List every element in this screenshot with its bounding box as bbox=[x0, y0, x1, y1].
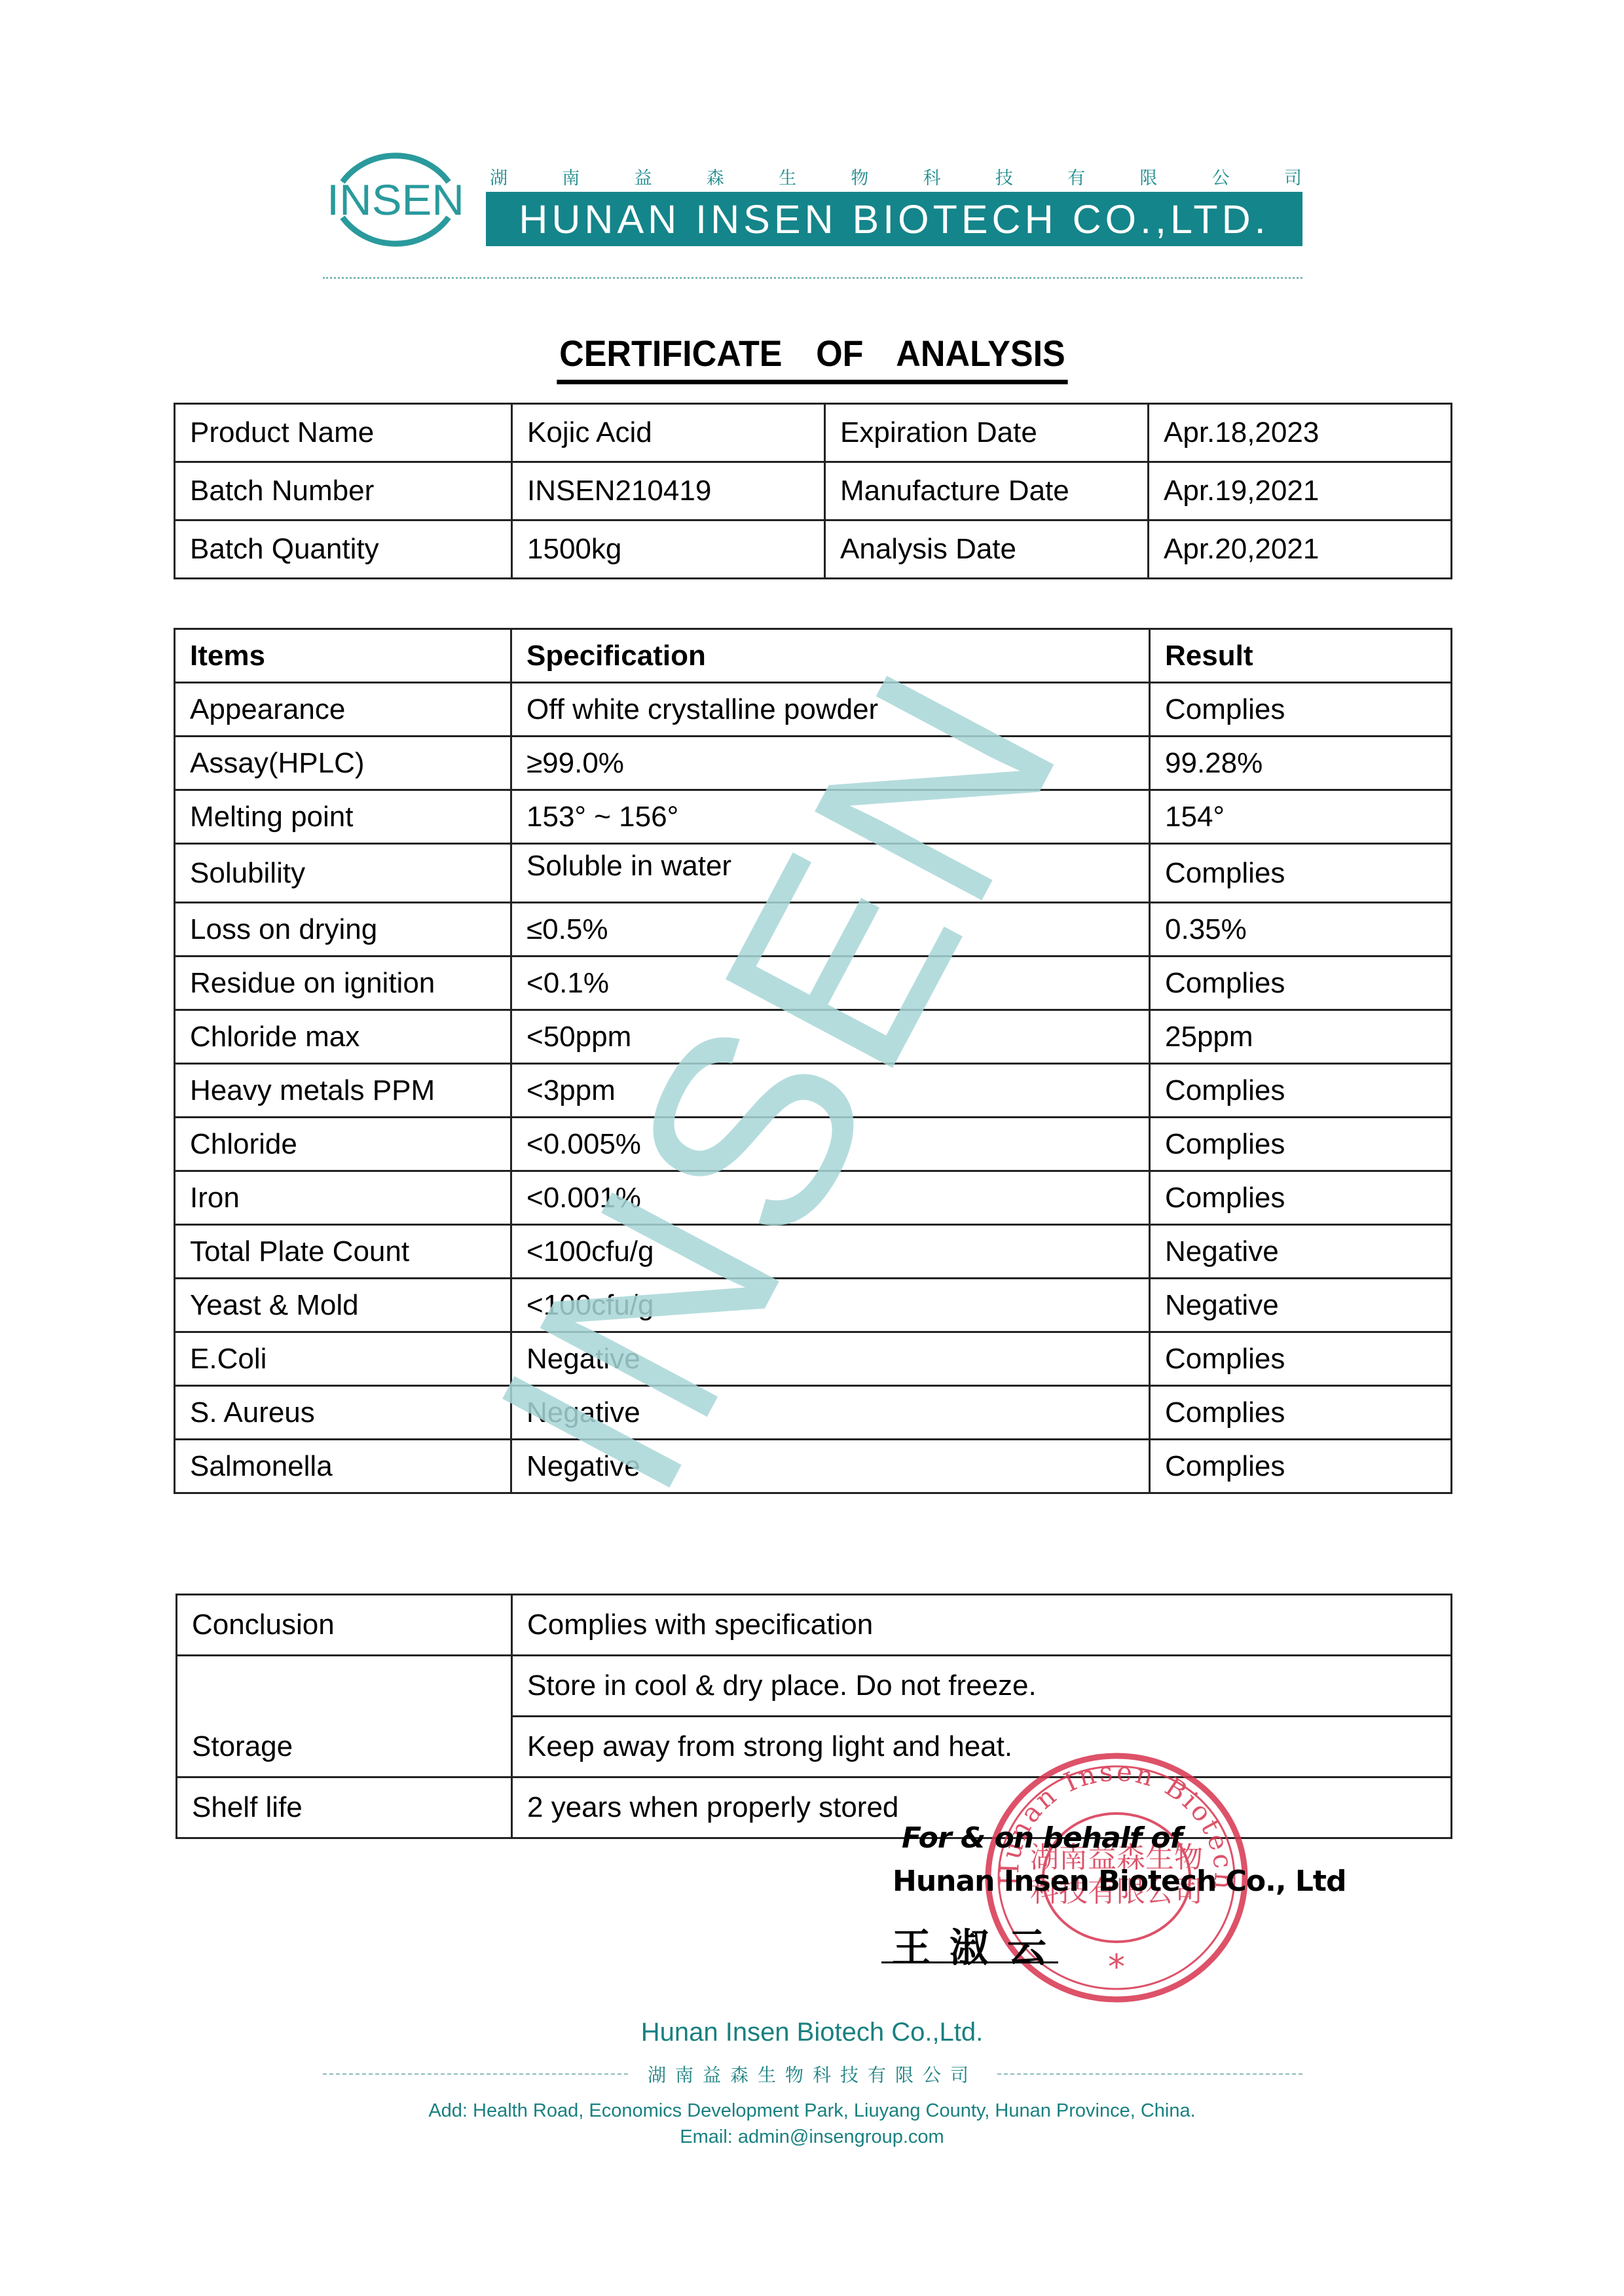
cn-char: 生 bbox=[779, 164, 796, 186]
spec-cell: <100cfu/g bbox=[511, 1225, 1150, 1279]
document-title: CERTIFICATE OF ANALYSIS bbox=[0, 327, 1624, 384]
label-batch-quantity: Batch Quantity bbox=[175, 520, 512, 579]
item-cell: E.Coli bbox=[175, 1332, 511, 1386]
result-cell: Negative bbox=[1150, 1279, 1452, 1332]
analysis-table: Items Specification Result Appearance Of… bbox=[174, 628, 1452, 1494]
item-cell: Total Plate Count bbox=[175, 1225, 511, 1279]
table-row: Solubility Soluble in water Complies bbox=[175, 844, 1452, 903]
value-batch-number: INSEN210419 bbox=[512, 462, 825, 520]
value-expiration-date: Apr.18,2023 bbox=[1149, 404, 1452, 462]
item-cell: Melting point bbox=[175, 790, 511, 844]
result-cell: 99.28% bbox=[1150, 737, 1452, 790]
company-name-chinese: 湖 南 益 森 生 物 科 技 有 限 公 司 bbox=[490, 164, 1302, 186]
value-analysis-date: Apr.20,2021 bbox=[1149, 520, 1452, 579]
spec-cell: <50ppm bbox=[511, 1010, 1150, 1064]
cn-char: 司 bbox=[1284, 164, 1302, 186]
item-cell: S. Aureus bbox=[175, 1386, 511, 1440]
result-cell: 154° bbox=[1150, 790, 1452, 844]
label-expiration-date: Expiration Date bbox=[825, 404, 1149, 462]
on-behalf-label: For & on behalf of bbox=[902, 1821, 1182, 1855]
spec-cell: Negative bbox=[511, 1386, 1150, 1440]
spec-cell: <0.001% bbox=[511, 1171, 1150, 1225]
result-cell: Complies bbox=[1150, 1386, 1452, 1440]
table-row: Residue on ignition <0.1% Complies bbox=[175, 957, 1452, 1010]
spec-cell: ≥99.0% bbox=[511, 737, 1150, 790]
cn-char: 湖 bbox=[490, 164, 507, 186]
table-row: Batch Number INSEN210419 Manufacture Dat… bbox=[175, 462, 1452, 520]
cn-char: 限 bbox=[1139, 164, 1157, 186]
signatory-company: Hunan Insen Biotech Co., Ltd bbox=[893, 1865, 1346, 1898]
item-cell: Chloride bbox=[175, 1118, 511, 1171]
summary-table: Conclusion Complies with specification S… bbox=[175, 1594, 1452, 1839]
label-storage: Storage bbox=[177, 1656, 512, 1777]
result-cell: Complies bbox=[1150, 1440, 1452, 1493]
cn-char: 技 bbox=[995, 164, 1013, 186]
label-manufacture-date: Manufacture Date bbox=[825, 462, 1149, 520]
header-divider bbox=[323, 277, 1302, 279]
footer-email[interactable]: Email: admin@insengroup.com bbox=[0, 2126, 1624, 2148]
item-cell: Loss on drying bbox=[175, 903, 511, 957]
item-cell: Yeast & Mold bbox=[175, 1279, 511, 1332]
footer-divider-left bbox=[323, 2073, 628, 2075]
result-cell: 0.35% bbox=[1150, 903, 1452, 957]
result-cell: Complies bbox=[1150, 844, 1452, 903]
table-row: Yeast & Mold <100cfu/g Negative bbox=[175, 1279, 1452, 1332]
spec-cell: <0.1% bbox=[511, 957, 1150, 1010]
item-cell: Assay(HPLC) bbox=[175, 737, 511, 790]
spec-cell: 153° ~ 156° bbox=[511, 790, 1150, 844]
value-storage-2: Keep away from strong light and heat. bbox=[512, 1717, 1452, 1777]
table-row: Chloride <0.005% Complies bbox=[175, 1118, 1452, 1171]
item-cell: Iron bbox=[175, 1171, 511, 1225]
footer-chinese-row: 湖南益森生物科技有限公司 bbox=[323, 2061, 1302, 2087]
spec-cell: Negative bbox=[511, 1440, 1150, 1493]
item-cell: Solubility bbox=[175, 844, 511, 903]
table-row: Shelf life 2 years when properly stored bbox=[177, 1777, 1452, 1838]
table-row: S. Aureus Negative Complies bbox=[175, 1386, 1452, 1440]
company-banner: HUNAN INSEN BIOTECH CO.,LTD. bbox=[486, 192, 1302, 246]
header-result: Result bbox=[1150, 629, 1452, 683]
spec-cell: ≤0.5% bbox=[511, 903, 1150, 957]
item-cell: Chloride max bbox=[175, 1010, 511, 1064]
spec-cell: <3ppm bbox=[511, 1064, 1150, 1118]
spec-cell: <0.005% bbox=[511, 1118, 1150, 1171]
result-cell: Complies bbox=[1150, 1332, 1452, 1386]
table-row: Conclusion Complies with specification bbox=[177, 1595, 1452, 1656]
value-conclusion: Complies with specification bbox=[512, 1595, 1452, 1656]
table-row: Storage Store in cool & dry place. Do no… bbox=[177, 1656, 1452, 1717]
cn-char: 益 bbox=[635, 164, 652, 186]
table-row: Assay(HPLC) ≥99.0% 99.28% bbox=[175, 737, 1452, 790]
table-row: Iron <0.001% Complies bbox=[175, 1171, 1452, 1225]
result-cell: Complies bbox=[1150, 683, 1452, 737]
spec-cell: Soluble in water bbox=[511, 844, 1150, 903]
result-cell: 25ppm bbox=[1150, 1010, 1452, 1064]
header-items: Items bbox=[175, 629, 511, 683]
cn-char: 南 bbox=[562, 164, 580, 186]
spec-cell: Negative bbox=[511, 1332, 1150, 1386]
company-name-english: HUNAN INSEN BIOTECH CO.,LTD. bbox=[486, 198, 1302, 240]
company-logo: INSEN bbox=[323, 135, 468, 263]
signer-signature: 王淑云 bbox=[892, 1917, 1065, 1973]
footer-address: Add: Health Road, Economics Development … bbox=[0, 2100, 1624, 2122]
label-analysis-date: Analysis Date bbox=[825, 520, 1149, 579]
table-row: Chloride max <50ppm 25ppm bbox=[175, 1010, 1452, 1064]
result-cell: Complies bbox=[1150, 957, 1452, 1010]
svg-text:*: * bbox=[1108, 1948, 1125, 1987]
table-row: Total Plate Count <100cfu/g Negative bbox=[175, 1225, 1452, 1279]
table-row: Loss on drying ≤0.5% 0.35% bbox=[175, 903, 1452, 957]
item-cell: Residue on ignition bbox=[175, 957, 511, 1010]
label-shelf-life: Shelf life bbox=[177, 1777, 512, 1838]
footer-company-name: Hunan Insen Biotech Co.,Ltd. bbox=[0, 2018, 1624, 2047]
product-info-table: Product Name Kojic Acid Expiration Date … bbox=[174, 403, 1452, 579]
footer-divider-right bbox=[997, 2073, 1302, 2075]
value-manufacture-date: Apr.19,2021 bbox=[1149, 462, 1452, 520]
header-specification: Specification bbox=[511, 629, 1150, 683]
value-product-name: Kojic Acid bbox=[512, 404, 825, 462]
cn-char: 物 bbox=[851, 164, 868, 186]
spec-cell: <100cfu/g bbox=[511, 1279, 1150, 1332]
label-batch-number: Batch Number bbox=[175, 462, 512, 520]
result-cell: Complies bbox=[1150, 1171, 1452, 1225]
cn-char: 有 bbox=[1067, 164, 1085, 186]
table-row: Salmonella Negative Complies bbox=[175, 1440, 1452, 1493]
insen-logo-icon: INSEN bbox=[323, 135, 468, 263]
footer-company-chinese: 湖南益森生物科技有限公司 bbox=[628, 2061, 997, 2087]
table-row: Appearance Off white crystalline powder … bbox=[175, 683, 1452, 737]
cn-char: 森 bbox=[707, 164, 724, 186]
svg-text:INSEN: INSEN bbox=[327, 175, 464, 224]
label-conclusion: Conclusion bbox=[177, 1595, 512, 1656]
label-product-name: Product Name bbox=[175, 404, 512, 462]
title-text: CERTIFICATE OF ANALYSIS bbox=[557, 327, 1067, 384]
table-row: Melting point 153° ~ 156° 154° bbox=[175, 790, 1452, 844]
table-row: Batch Quantity 1500kg Analysis Date Apr.… bbox=[175, 520, 1452, 579]
item-cell: Heavy metals PPM bbox=[175, 1064, 511, 1118]
cn-char: 科 bbox=[923, 164, 941, 186]
item-cell: Salmonella bbox=[175, 1440, 511, 1493]
table-row: E.Coli Negative Complies bbox=[175, 1332, 1452, 1386]
cn-char: 公 bbox=[1212, 164, 1230, 186]
signature-underline bbox=[881, 1961, 1058, 1963]
table-header-row: Items Specification Result bbox=[175, 629, 1452, 683]
value-storage-1: Store in cool & dry place. Do not freeze… bbox=[512, 1656, 1452, 1717]
result-cell: Complies bbox=[1150, 1064, 1452, 1118]
item-cell: Appearance bbox=[175, 683, 511, 737]
value-batch-quantity: 1500kg bbox=[512, 520, 825, 579]
result-cell: Negative bbox=[1150, 1225, 1452, 1279]
spec-cell: Off white crystalline powder bbox=[511, 683, 1150, 737]
table-row: Product Name Kojic Acid Expiration Date … bbox=[175, 404, 1452, 462]
result-cell: Complies bbox=[1150, 1118, 1452, 1171]
table-row: Heavy metals PPM <3ppm Complies bbox=[175, 1064, 1452, 1118]
